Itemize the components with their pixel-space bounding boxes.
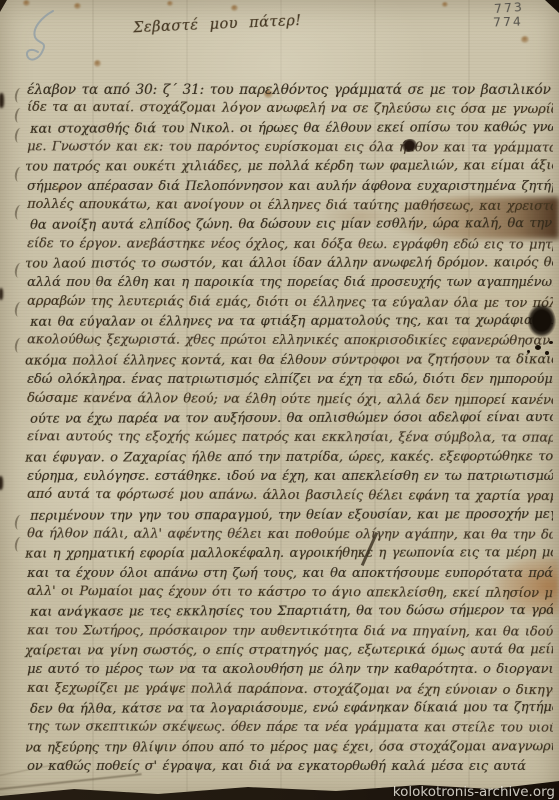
fox-spot: [74, 3, 81, 9]
manuscript-line: σήμερον απέρασαν διά Πελοπόννησον και αυ…: [13, 179, 553, 198]
manuscript-line: με. Γνωστόν και εκ: του παρόντος ευρίσκο…: [13, 139, 553, 160]
manuscript-line: ούτε να έχω παρέα να τον αυξήσουν. θα οπ…: [13, 410, 553, 431]
manuscript-line: από αυτά τα φόρτωσέ μου απάνω. άλλοι βασ…: [13, 487, 553, 509]
fox-spot: [167, 1, 173, 6]
manuscript-line: και στοχασθής διά του Νικολ. οι ήρωες θα…: [13, 120, 553, 141]
manuscript-line: του πατρός και ουκέτι χιλιάδες, με πολλά…: [13, 159, 553, 180]
manuscript-line: εδώ ολόκληρα. ένας πατριωτισμός ελπίζει …: [13, 372, 553, 391]
manuscript-line: χαίρεται να γίνη σωστός, ο επίς στρατηγό…: [13, 642, 553, 663]
manuscript-line: έλαβον τα από 30: ζ΄ 31: του παρελθόντος…: [13, 82, 553, 101]
manuscript-line: και ανάγκασε με τες εκκλησίες του Σπαρτι…: [13, 603, 553, 624]
manuscript-line: ίδε τα αι αυταί. στοχάζομαι λόγον ανωφελ…: [13, 100, 553, 122]
archive-watermark: kolokotronis-archive.org: [393, 784, 555, 800]
manuscript-line: δώσαμε κανένα άλλον θεού; να έλθη ούτε η…: [13, 390, 553, 412]
manuscript-line: είναι αυτούς της εξοχής κώμες πατρός και…: [13, 429, 553, 450]
manuscript-line: και τα έχουν όλοι απάνω στη ζωή τους, κα…: [13, 566, 553, 585]
fox-spot: [521, 36, 529, 43]
manuscript-line: να ηξεύρης την θλίψιν όπου από το μέρος …: [13, 739, 553, 760]
edge-tear: [0, 93, 4, 108]
manuscript-line: και ξεχωρίζει με γράψε πολλά παράπονα. σ…: [13, 680, 553, 702]
manuscript-line: εύρημα, ευλόγησε. εστάθηκε. ιδού να έχη,…: [13, 469, 553, 488]
blue-pencil-mark-icon: [20, 8, 62, 66]
archive-page-number: 774: [493, 13, 523, 29]
manuscript-line: και του Σωτήρος, πρόσκαιρον την αυθεντικ…: [13, 623, 553, 644]
manuscript-line: ον καθώς ποθείς σ' έγραψα, και διά να εγ…: [13, 759, 553, 778]
edge-tear: [0, 476, 3, 490]
manuscript-line: θα ανοίξη αυτά ελπίδος ζώνη. θα δώσουν ε…: [13, 216, 553, 237]
manuscript-line: ακόμα πολλοί έλληνες κοντά, και θα έλθου…: [13, 352, 553, 373]
manuscript-line: της των σκεπτικών σκέψεως. όθεν πάρε τα …: [13, 720, 553, 741]
manuscript-line: πολλές απουκάτω, και ανοίγουν οι έλληνες…: [13, 197, 553, 219]
fox-spot: [442, 2, 448, 7]
manuscript-line: θα ήλθον πάλι, αλλ' αφέντης θέλει και πο…: [13, 526, 553, 547]
manuscript-line: και η χρηματική εφορία μαλλοκέφαλη. αγρο…: [13, 546, 553, 567]
manuscript-line: δεν θα ήλθα, κάτσε να τα λογαριάσουμε, ε…: [13, 700, 553, 721]
manuscript-line: είδε το έργον. ανεβάστηκε νέος όχλος, κα…: [13, 236, 553, 257]
manuscript-page: 773 774 Σεβαστέ μου πάτερ! έλαβον τα από…: [0, 0, 559, 800]
manuscript-line: αρραβών της λευτεριάς διά εμάς, διότι οι…: [13, 294, 553, 316]
manuscript-line: ακολούθως ξεχωριστά. χθες πρώτοι ελληνικ…: [13, 333, 553, 354]
scanned-letter-photo: 773 774 Σεβαστέ μου πάτερ! έλαβον τα από…: [0, 0, 559, 800]
manuscript-line: και θα εύγαλαν οι έλληνες να τα φτιάξη α…: [13, 313, 553, 334]
manuscript-line: αλλά που θα έλθη και η παροικία της πορε…: [13, 275, 553, 294]
fox-spot: [231, 5, 238, 11]
fox-spot: [94, 60, 101, 67]
letter-salutation: Σεβαστέ μου πάτερ!: [133, 12, 334, 37]
manuscript-line: του λαού πιστός το σωστόν, και άλλοι ίδα…: [13, 255, 553, 276]
manuscript-line: με αυτό το μέρος των να τα ακολουθήση με…: [13, 662, 553, 681]
fox-spot: [23, 0, 30, 6]
manuscript-line: και έφυγαν. ο Ζαχαρίας ήλθε από την πατρ…: [13, 449, 553, 470]
manuscript-line: περιμένουν την γην του σπαραγμού, την θε…: [13, 507, 553, 528]
manuscript-line: αλλ' οι Ρωμαίοι μας έχουν ότι το κάστρο …: [13, 584, 553, 606]
manuscript-lines: έλαβον τα από 30: ζ΄ 31: του παρελθόντος…: [13, 82, 553, 782]
edge-tear: [0, 288, 3, 300]
